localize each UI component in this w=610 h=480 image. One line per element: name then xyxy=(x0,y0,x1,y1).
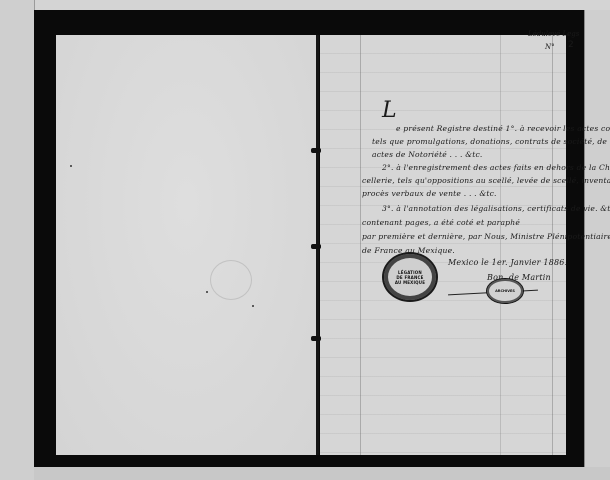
scanner-edge-left xyxy=(0,0,35,480)
folio-number: 2 xyxy=(568,40,574,50)
binding-stitch xyxy=(311,244,321,249)
column-rule xyxy=(500,35,501,455)
archives-oval-stamp: ARCHIVES xyxy=(486,278,524,304)
text-line-1: e présent Registre destiné 1°. à recevoi… xyxy=(396,124,610,133)
left-page-blank xyxy=(56,35,318,455)
scanner-edge-right xyxy=(584,10,610,480)
text-line-9: par première et dernière, par Nous, Mini… xyxy=(362,232,610,241)
margin-rule xyxy=(360,35,361,455)
paper-speck xyxy=(70,165,72,167)
text-line-6: procès verbaux de vente . . . &tc. xyxy=(362,189,497,198)
binding-stitch xyxy=(311,148,321,153)
text-line-3: actes de Notoriété . . . &tc. xyxy=(372,150,483,159)
binding-stitch xyxy=(311,336,321,341)
margin-rule-right xyxy=(552,35,553,455)
legation-seal-stamp: LÉGATION DE FRANCE AU MEXIQUE xyxy=(382,252,438,302)
text-line-4: 2°. à l'enregistrement des actes faits e… xyxy=(372,163,610,172)
paper-speck xyxy=(252,305,254,307)
paper-speck xyxy=(206,291,208,293)
scanner-edge-bottom xyxy=(34,467,610,480)
ghost-stamp-bleedthrough xyxy=(210,260,252,300)
date-line: Mexico le 1er. Janvier 1886. xyxy=(448,258,567,267)
seal-text-line: AU MEXIQUE xyxy=(395,280,425,285)
header-note: Lédulevé Legs xyxy=(528,30,579,38)
right-page xyxy=(320,35,566,455)
text-line-7: 3°. à l'annotation des légalisations, ce… xyxy=(372,204,610,213)
text-line-8: contenant pages, a été coté et paraphé xyxy=(362,218,520,227)
folio-prefix: N° xyxy=(545,43,555,51)
text-line-2: tels que promulgations, donations, contr… xyxy=(372,137,610,146)
seal-text-line: ARCHIVES xyxy=(495,289,515,293)
text-line-5: cellerie, tels qu'oppositions au scellé,… xyxy=(362,176,610,185)
drop-initial: L xyxy=(382,98,397,123)
